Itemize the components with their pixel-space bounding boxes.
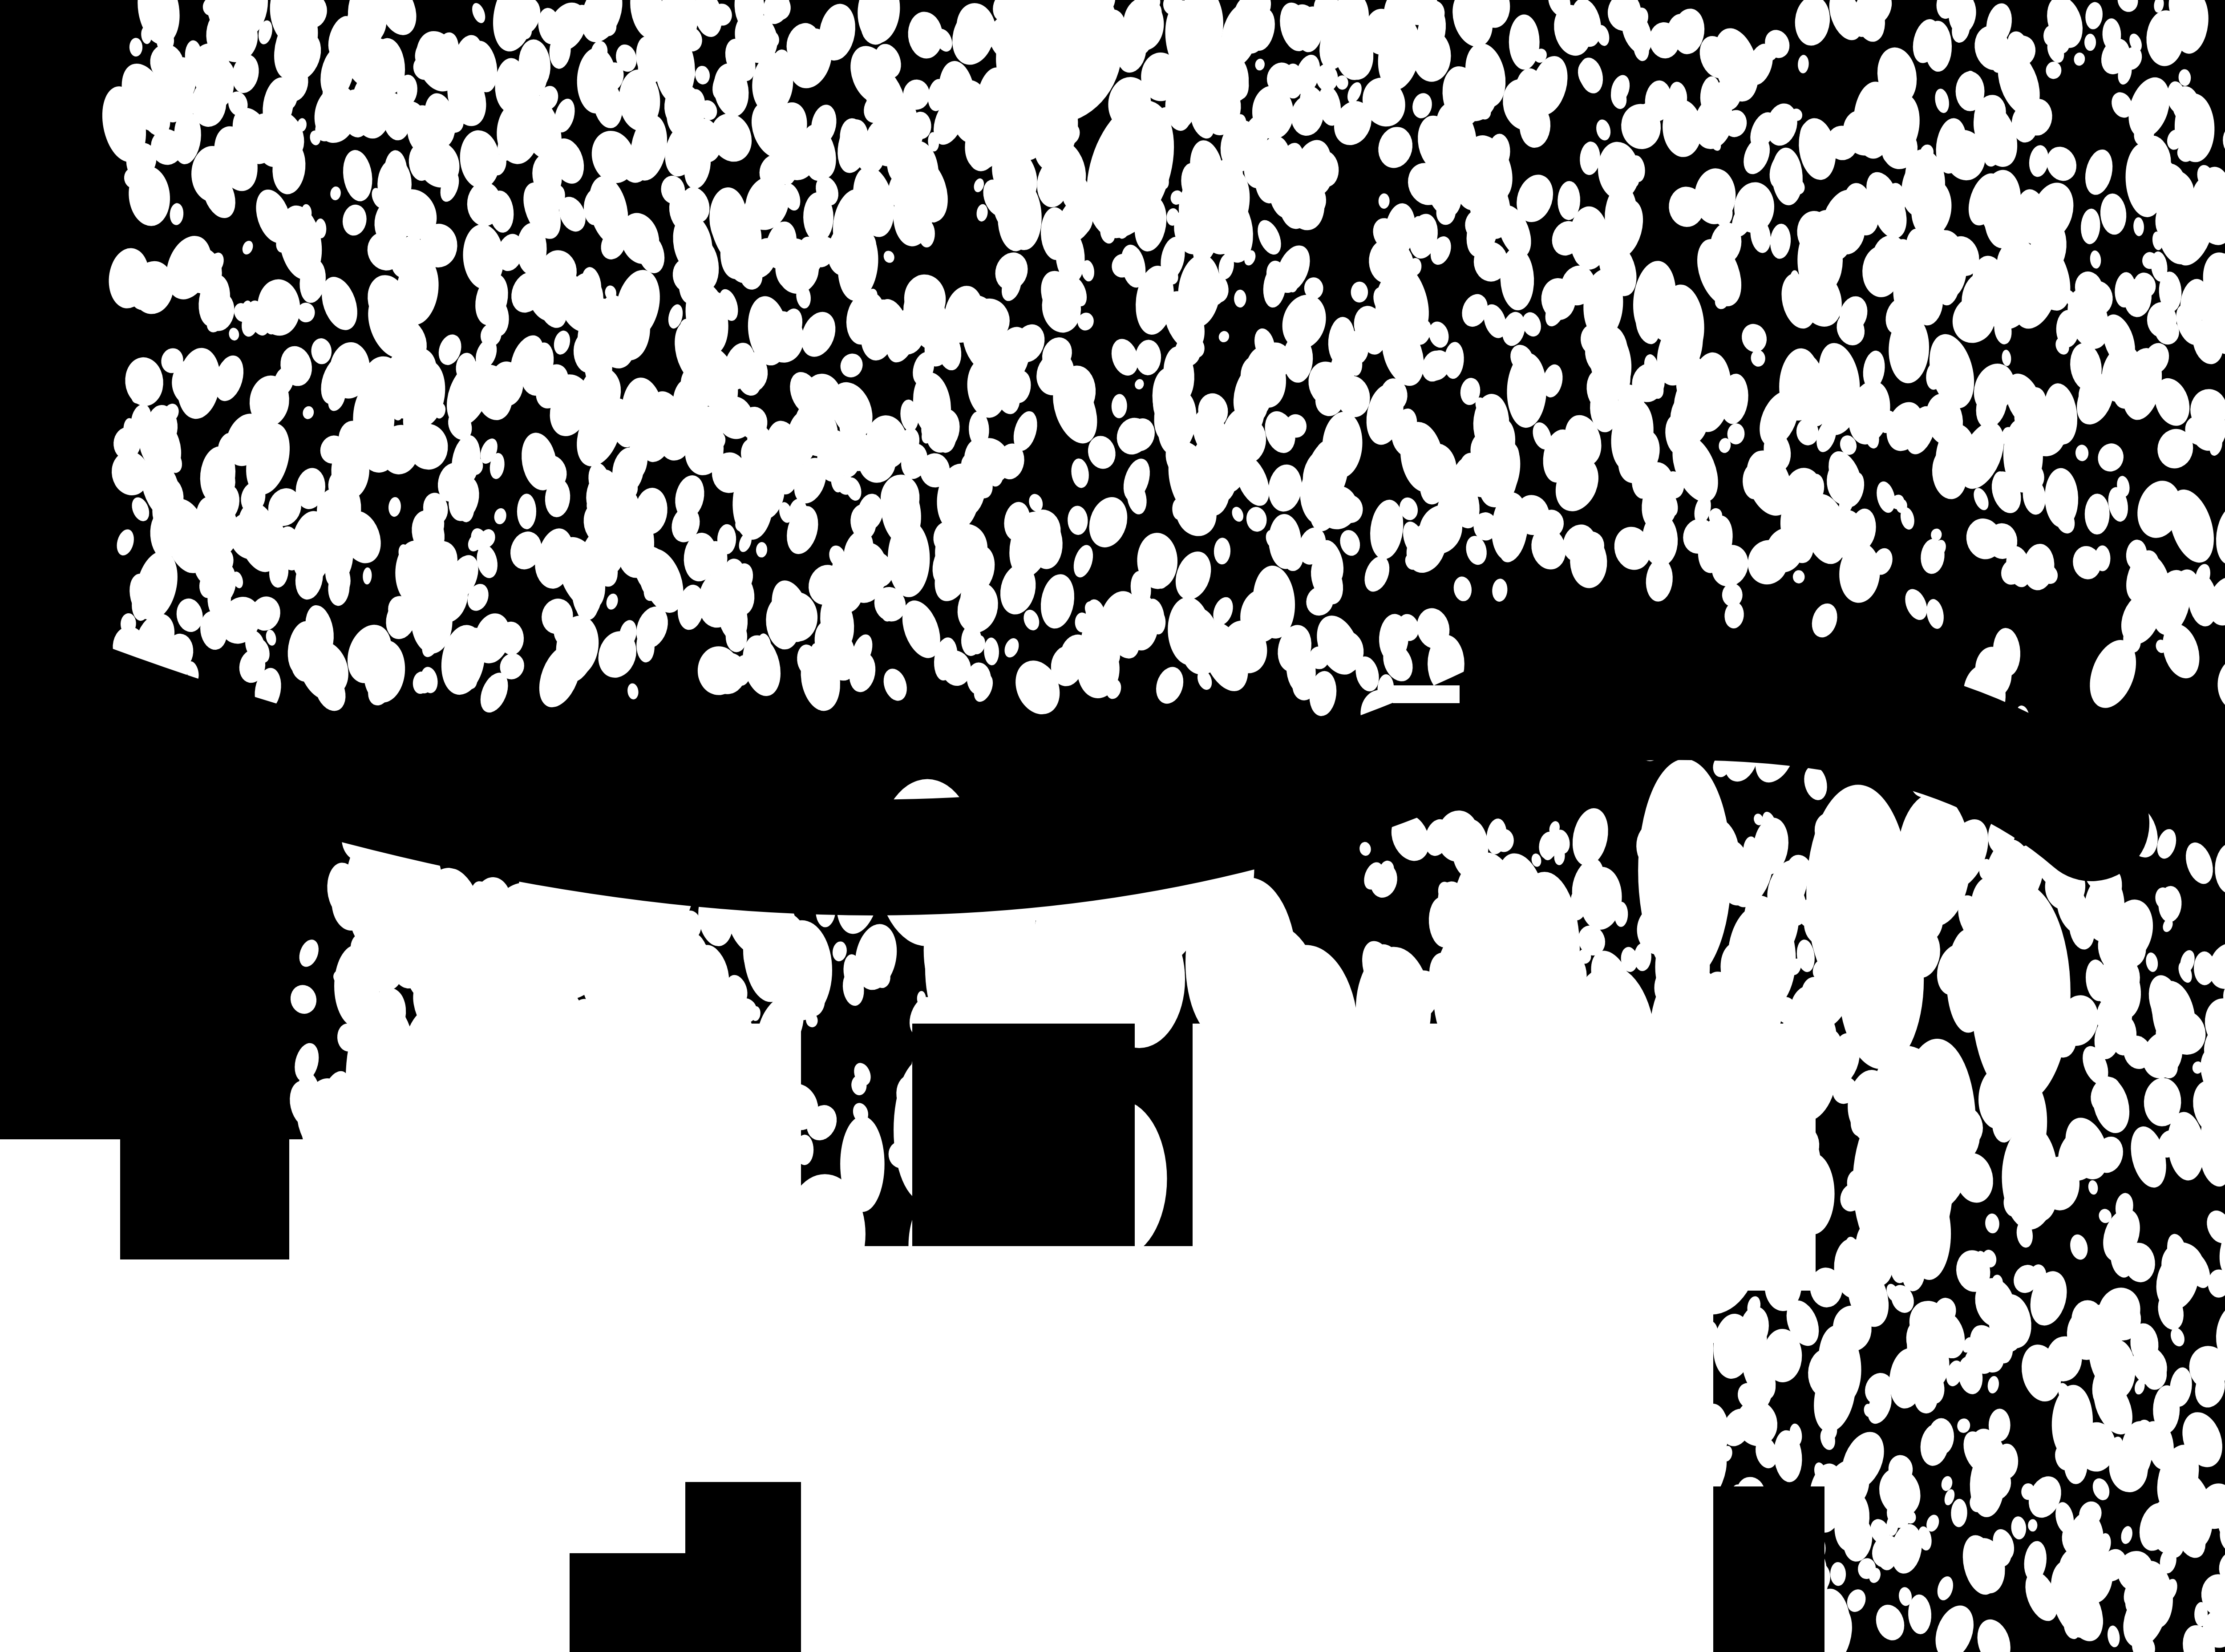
foliage-photo	[0, 0, 2225, 1652]
